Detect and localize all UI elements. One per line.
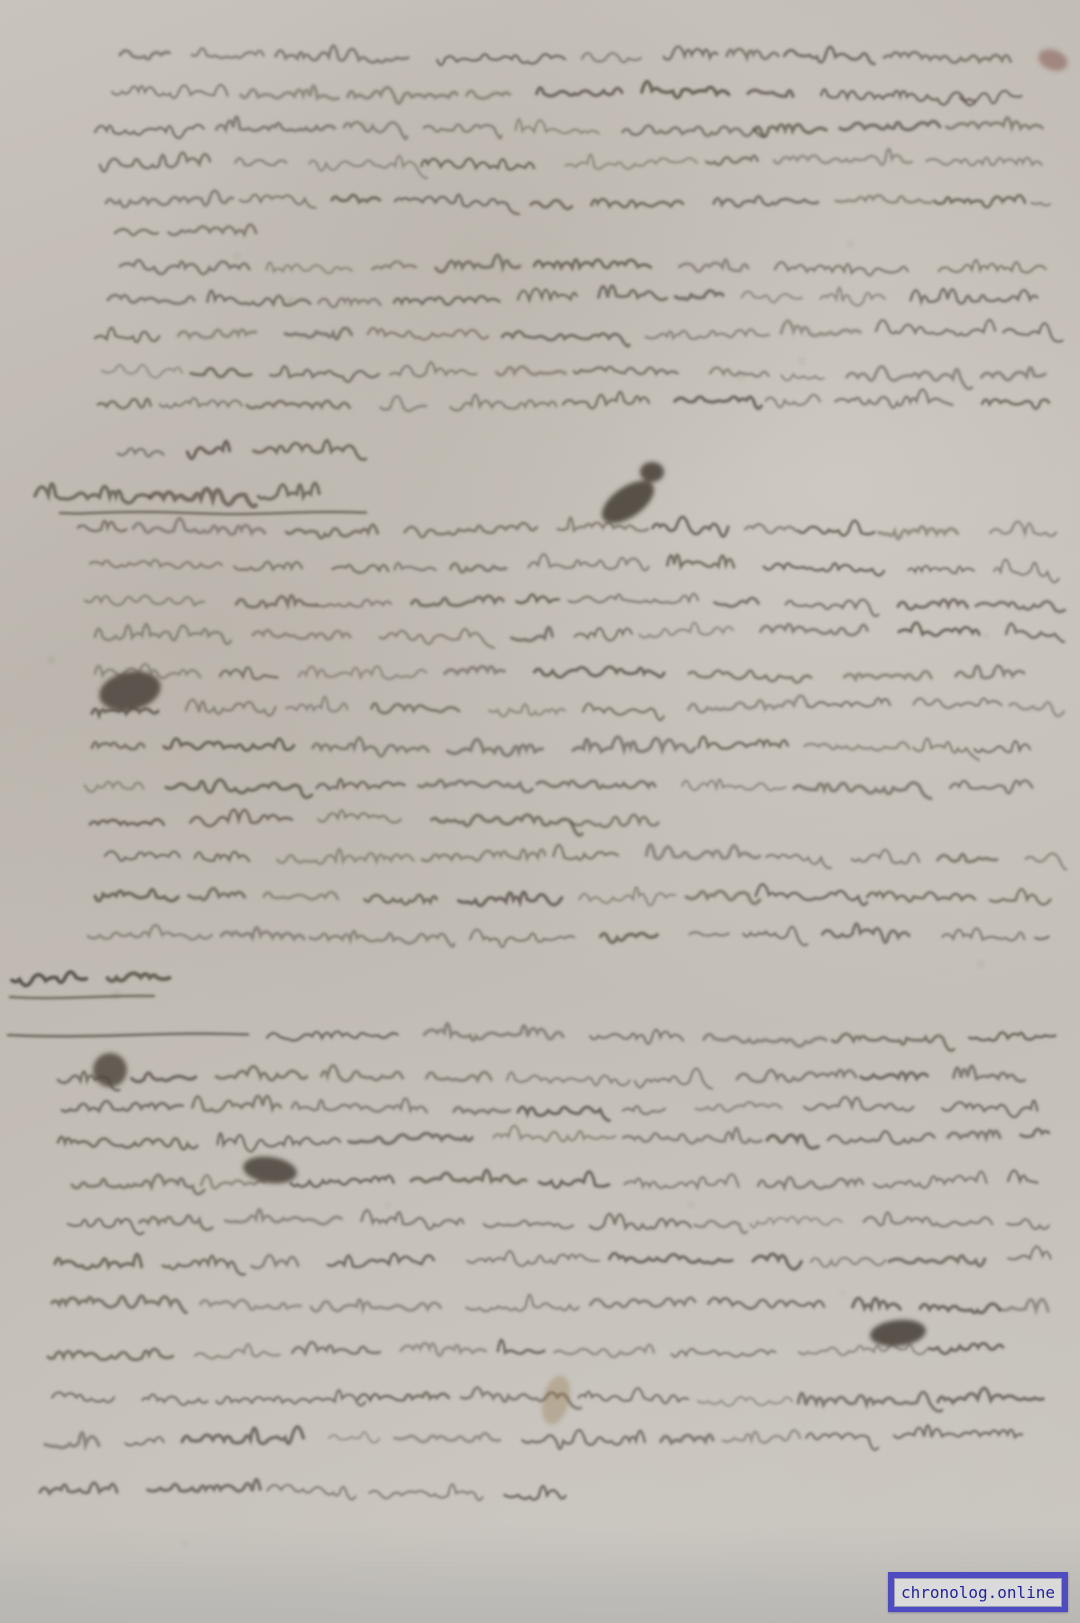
handwriting-word [318, 810, 401, 822]
handwriting-word [437, 54, 565, 65]
handwriting-word [186, 700, 276, 716]
handwriting-word [758, 1177, 863, 1188]
paper-speck [387, 1204, 389, 1206]
handwriting-word [58, 1137, 197, 1149]
handwriting-word [254, 440, 366, 459]
handwriting-word [332, 195, 380, 202]
handwriting-word [852, 850, 919, 864]
handwriting-word [270, 366, 379, 381]
handwriting-word [737, 1070, 856, 1082]
handwriting-word [786, 600, 879, 616]
handwriting-word [182, 1427, 303, 1444]
handwriting-word [422, 849, 545, 861]
handwriting-word [286, 697, 347, 712]
handwriting-word [395, 195, 519, 214]
handwriting-word [310, 931, 454, 946]
handwriting-lines [8, 46, 1066, 1500]
handwriting-word [672, 1349, 776, 1357]
handwriting-word [1026, 854, 1067, 870]
handwriting-svg [0, 0, 1080, 1623]
handwriting-word [10, 996, 154, 998]
handwriting-word [864, 1212, 992, 1226]
handwriting-word [264, 892, 338, 899]
handwriting-word [189, 888, 245, 899]
handwriting-word [467, 1251, 599, 1266]
handwriting-word [531, 200, 572, 209]
handwriting-word [516, 595, 558, 603]
handwriting-word [710, 368, 768, 377]
handwriting-word [35, 484, 149, 503]
handwriting-word [696, 1102, 781, 1111]
handwriting-word [582, 53, 641, 62]
handwriting-word [424, 1024, 563, 1041]
handwriting-word [794, 783, 931, 799]
handwriting-word [100, 153, 210, 172]
handwriting-word [879, 527, 958, 539]
handwriting-word [914, 698, 1002, 707]
paper-stain [537, 1373, 574, 1428]
handwriting-word [1008, 1171, 1037, 1183]
handwriting-word [45, 1433, 99, 1448]
handwriting-word [1008, 1247, 1050, 1260]
handwriting-word [920, 1304, 1000, 1313]
handwriting-word [1000, 1299, 1048, 1311]
handwriting-word [424, 125, 501, 139]
handwriting-word [108, 973, 170, 981]
handwriting-word [884, 52, 1011, 62]
handwriting-word [225, 1209, 341, 1224]
handwriting-word [252, 1255, 298, 1268]
handwriting-word [750, 1217, 841, 1228]
handwriting-word [218, 1133, 341, 1151]
paper-speck [984, 634, 987, 637]
handwriting-word [661, 1435, 713, 1443]
ink-blot [93, 1053, 127, 1087]
paper-speck [842, 1292, 845, 1295]
handwriting-word [98, 399, 151, 408]
watermark-label: chronolog.online [894, 1578, 1062, 1607]
handwriting-word [642, 82, 729, 98]
handwriting-word [133, 518, 264, 534]
handwriting-word [90, 560, 222, 568]
handwriting-word [411, 1170, 526, 1183]
handwriting-word [405, 523, 537, 537]
handwriting-word [195, 852, 249, 861]
handwriting-word [292, 1099, 427, 1113]
handwriting-word [782, 374, 824, 380]
handwriting-word [990, 889, 1050, 904]
handwriting-word [708, 1298, 824, 1308]
handwriting-word [395, 1433, 500, 1442]
handwriting-word [365, 895, 437, 904]
handwriting-word [445, 666, 504, 673]
handwriting-word [699, 737, 788, 749]
handwriting-word [358, 1394, 404, 1400]
handwriting-word [537, 88, 622, 96]
handwriting-word [695, 1221, 747, 1233]
handwriting-word [929, 1343, 1003, 1353]
handwriting-word [601, 933, 658, 942]
handwriting-word [806, 1433, 878, 1450]
handwriting-word [946, 118, 1042, 129]
handwriting-word [982, 399, 1049, 408]
handwriting-word [372, 262, 415, 270]
handwriting-word [756, 884, 867, 905]
handwriting-word [942, 928, 1024, 940]
handwriting-word [454, 1107, 510, 1114]
handwriting-word [426, 1072, 491, 1080]
handwriting-word [742, 292, 802, 303]
handwriting-word [835, 389, 952, 407]
handwriting-word [118, 449, 163, 457]
handwriting-word [436, 255, 520, 272]
handwriting-word [911, 289, 1038, 304]
handwriting-word [767, 1135, 818, 1148]
handwriting-word [675, 397, 762, 409]
handwriting-word [207, 291, 310, 306]
ink-blot [96, 666, 165, 716]
handwriting-word [362, 1210, 464, 1229]
manuscript-photo: chronolog.online [0, 0, 1080, 1623]
handwriting-word [221, 928, 304, 939]
handwriting-word [840, 121, 940, 129]
handwriting-word [537, 781, 655, 788]
handwriting-word [512, 627, 553, 640]
handwriting-word [60, 512, 366, 514]
handwriting-word [590, 1214, 691, 1229]
handwriting-word [371, 703, 458, 713]
handwriting-word [95, 328, 159, 342]
handwriting-word [990, 522, 1056, 536]
handwriting-word [236, 596, 316, 608]
handwriting-word [258, 483, 319, 499]
handwriting-word [715, 598, 759, 606]
handwriting-word [623, 1106, 665, 1114]
handwriting-word [686, 891, 759, 903]
handwriting-word [1035, 937, 1049, 939]
handwriting-word [1010, 702, 1064, 716]
handwriting-word [523, 1430, 645, 1449]
handwriting-word [623, 126, 764, 137]
handwriting-word [938, 854, 997, 861]
handwriting-word [1007, 1219, 1048, 1229]
handwriting-word [960, 91, 1022, 104]
handwriting-word [381, 396, 427, 411]
handwriting-word [432, 815, 582, 835]
handwriting-word [646, 329, 769, 338]
handwriting-word [889, 1256, 985, 1266]
handwriting-word [166, 780, 311, 798]
handwriting-word [704, 1034, 826, 1046]
handwriting-word [502, 331, 629, 346]
ink-blots [49, 45, 1071, 1544]
handwriting-word [235, 158, 286, 165]
handwriting-word [565, 154, 696, 168]
handwriting-word [861, 1072, 928, 1079]
handwriting-word [874, 1172, 987, 1188]
handwriting-word [573, 737, 695, 752]
handwriting-word [563, 392, 649, 408]
handwriting-word [498, 1340, 544, 1354]
paper-speck [49, 658, 53, 662]
handwriting-word [368, 328, 488, 339]
handwriting-word [85, 782, 143, 792]
handwriting-word [821, 288, 885, 306]
handwriting-word [811, 1258, 885, 1267]
handwriting-word [494, 1126, 615, 1142]
handwriting-word [667, 555, 734, 567]
paper-speck [800, 359, 804, 363]
handwriting-word [216, 1066, 307, 1080]
handwriting-word [90, 819, 164, 825]
handwriting-word [899, 623, 980, 636]
handwriting-word [753, 1254, 801, 1269]
handwriting-word [285, 328, 351, 339]
handwriting-word [401, 1343, 486, 1356]
handwriting-word [748, 90, 793, 96]
handwriting-word [448, 739, 543, 755]
handwriting-word [348, 87, 457, 103]
handwriting-word [497, 367, 566, 375]
handwriting-word [689, 932, 728, 935]
handwriting-word [277, 849, 413, 864]
handwriting-word [956, 666, 1024, 678]
handwriting-word [706, 156, 757, 165]
handwriting-word [120, 51, 169, 59]
handwriting-word [635, 1069, 712, 1089]
handwriting-word [908, 566, 974, 573]
handwriting-word [267, 1032, 398, 1041]
handwriting-word [664, 47, 717, 60]
paper-speck [236, 255, 239, 258]
handwriting-word [847, 367, 972, 389]
handwriting-word [625, 1174, 739, 1188]
handwriting-word [470, 930, 574, 947]
handwriting-word [317, 779, 405, 789]
handwriting-word [689, 696, 808, 713]
handwriting-word [805, 742, 909, 750]
handwriting-word [867, 892, 975, 901]
handwriting-word [653, 517, 729, 536]
handwriting-word [148, 1479, 260, 1491]
handwriting-word [52, 1296, 186, 1313]
paper-speck [690, 1204, 693, 1207]
handwriting-word [120, 260, 249, 274]
handwriting-word [52, 1392, 114, 1402]
handwriting-word [723, 1430, 800, 1442]
handwriting-word [913, 738, 979, 760]
handwriting-word [623, 1128, 761, 1143]
handwriting-word [1006, 624, 1064, 642]
handwriting-word [555, 1345, 654, 1357]
handwriting-word [72, 1175, 204, 1194]
handwriting-word [92, 742, 144, 749]
handwriting-word [954, 1066, 1025, 1081]
watermark-badge: chronolog.online [888, 1572, 1068, 1612]
handwriting-word [599, 286, 667, 300]
handwriting-word [745, 524, 796, 533]
handwriting-word [755, 125, 826, 137]
handwriting-word [451, 395, 557, 411]
handwriting-word [105, 851, 180, 861]
handwriting-word [836, 195, 932, 202]
handwriting-word [267, 1485, 355, 1500]
handwriting-word [85, 596, 204, 605]
handwriting-word [216, 117, 334, 131]
handwriting-word [505, 1486, 566, 1499]
handwriting-word [421, 159, 534, 170]
handwriting-word [640, 623, 733, 638]
handwriting-word [195, 1344, 280, 1358]
handwriting-word [95, 125, 204, 138]
handwriting-word [309, 156, 427, 178]
handwriting-word [192, 48, 264, 57]
handwriting-word [568, 594, 698, 603]
handwriting-word [590, 1298, 695, 1307]
handwriting-word [934, 195, 1025, 207]
handwriting-word [451, 564, 506, 573]
handwriting-word [329, 1432, 379, 1443]
handwriting-word [518, 289, 577, 301]
handwriting-word [328, 1254, 434, 1267]
handwriting-word [292, 1342, 379, 1353]
handwriting-word [507, 1072, 630, 1085]
handwriting-word [489, 704, 564, 716]
handwriting-word [95, 890, 178, 901]
handwriting-word [592, 199, 683, 207]
ink-blot [1035, 45, 1070, 74]
handwriting-word [349, 1133, 472, 1143]
handwriting-word [539, 1172, 609, 1188]
handwriting-word [938, 1388, 1043, 1403]
handwriting-word [150, 489, 255, 506]
handwriting-word [939, 260, 1046, 273]
paper-speck [363, 123, 366, 126]
handwriting-word [344, 122, 407, 139]
handwriting-word [535, 667, 665, 677]
handwriting-word [68, 1219, 144, 1234]
handwriting-word [12, 972, 86, 986]
handwriting-word [821, 89, 975, 105]
handwriting-word [775, 262, 908, 275]
ink-blot [869, 1317, 927, 1349]
handwriting-word [554, 845, 618, 860]
handwriting-word [321, 1065, 402, 1081]
paper-speck [114, 993, 118, 997]
paper-speck [183, 1541, 186, 1544]
handwriting-word [394, 296, 499, 304]
handwriting-word [299, 666, 426, 678]
handwriting-word [459, 892, 562, 905]
handwriting-word [766, 855, 831, 869]
handwriting-word [853, 1298, 901, 1309]
handwriting-word [395, 563, 436, 570]
handwriting-word [804, 1097, 913, 1111]
handwriting-word [78, 521, 126, 531]
handwriting-word [1021, 1129, 1049, 1137]
handwriting-word [781, 321, 860, 336]
handwriting-word [169, 225, 256, 235]
handwriting-word [682, 780, 785, 791]
handwriting-word [164, 739, 294, 751]
handwriting-word [808, 698, 890, 707]
handwriting-word [267, 263, 352, 274]
handwriting-word [276, 46, 408, 63]
handwriting-word [822, 924, 909, 943]
handwriting-word [201, 1300, 301, 1309]
handwriting-word [192, 1096, 280, 1112]
handwriting-word [689, 671, 811, 683]
paper-speck [979, 962, 982, 965]
handwriting-word [240, 195, 316, 208]
handwriting-word [241, 86, 339, 99]
ink-blot [640, 462, 664, 482]
handwriting-word [969, 1032, 1055, 1040]
handwriting-word [950, 781, 1032, 794]
handwriting-word [108, 295, 194, 303]
handwriting-word [55, 1254, 142, 1268]
handwriting-word [761, 624, 868, 635]
handwriting-word [484, 1221, 573, 1228]
handwriting-word [311, 1300, 440, 1312]
handwriting-word [529, 554, 649, 570]
handwriting-word [405, 1393, 449, 1399]
handwriting-word [646, 845, 759, 859]
handwriting-word [178, 330, 255, 338]
handwriting-word [876, 320, 995, 335]
handwriting-word [942, 1101, 1037, 1117]
handwriting-word [845, 671, 932, 679]
handwriting-word [234, 562, 302, 570]
handwriting-word [160, 398, 242, 407]
paper-speck [848, 242, 852, 246]
handwriting-word [313, 738, 429, 756]
handwriting-word [727, 49, 778, 59]
handwriting-word [764, 563, 884, 575]
handwriting-word [828, 1131, 934, 1144]
handwriting-word [675, 291, 723, 300]
handwriting-word [247, 401, 350, 408]
handwriting-word [832, 1034, 954, 1051]
handwriting-word [188, 441, 230, 458]
handwriting-word [579, 1388, 689, 1403]
handwriting-word [390, 362, 476, 376]
handwriting-word [798, 1392, 942, 1411]
handwriting-word [112, 85, 228, 98]
handwriting-word [106, 191, 233, 208]
handwriting-word [332, 565, 388, 573]
handwriting-word [976, 601, 1065, 611]
paper-speck [288, 299, 292, 303]
handwriting-word [948, 1131, 1000, 1138]
handwriting-word [743, 927, 807, 945]
handwriting-word [799, 1344, 927, 1355]
handwriting-word [466, 1295, 578, 1311]
handwriting-word [62, 1101, 183, 1111]
handwriting-word [467, 91, 510, 98]
handwriting-word [48, 1349, 173, 1360]
handwriting-word [132, 1073, 196, 1082]
handwriting-word [975, 741, 1031, 752]
handwriting-word [714, 196, 818, 206]
handwriting-word [291, 1176, 394, 1187]
handwriting-word [8, 1034, 248, 1037]
handwriting-word [766, 395, 820, 407]
handwriting-word [286, 525, 377, 538]
handwriting-word [88, 925, 212, 939]
handwriting-word [40, 1483, 117, 1494]
handwriting-word [380, 629, 495, 648]
